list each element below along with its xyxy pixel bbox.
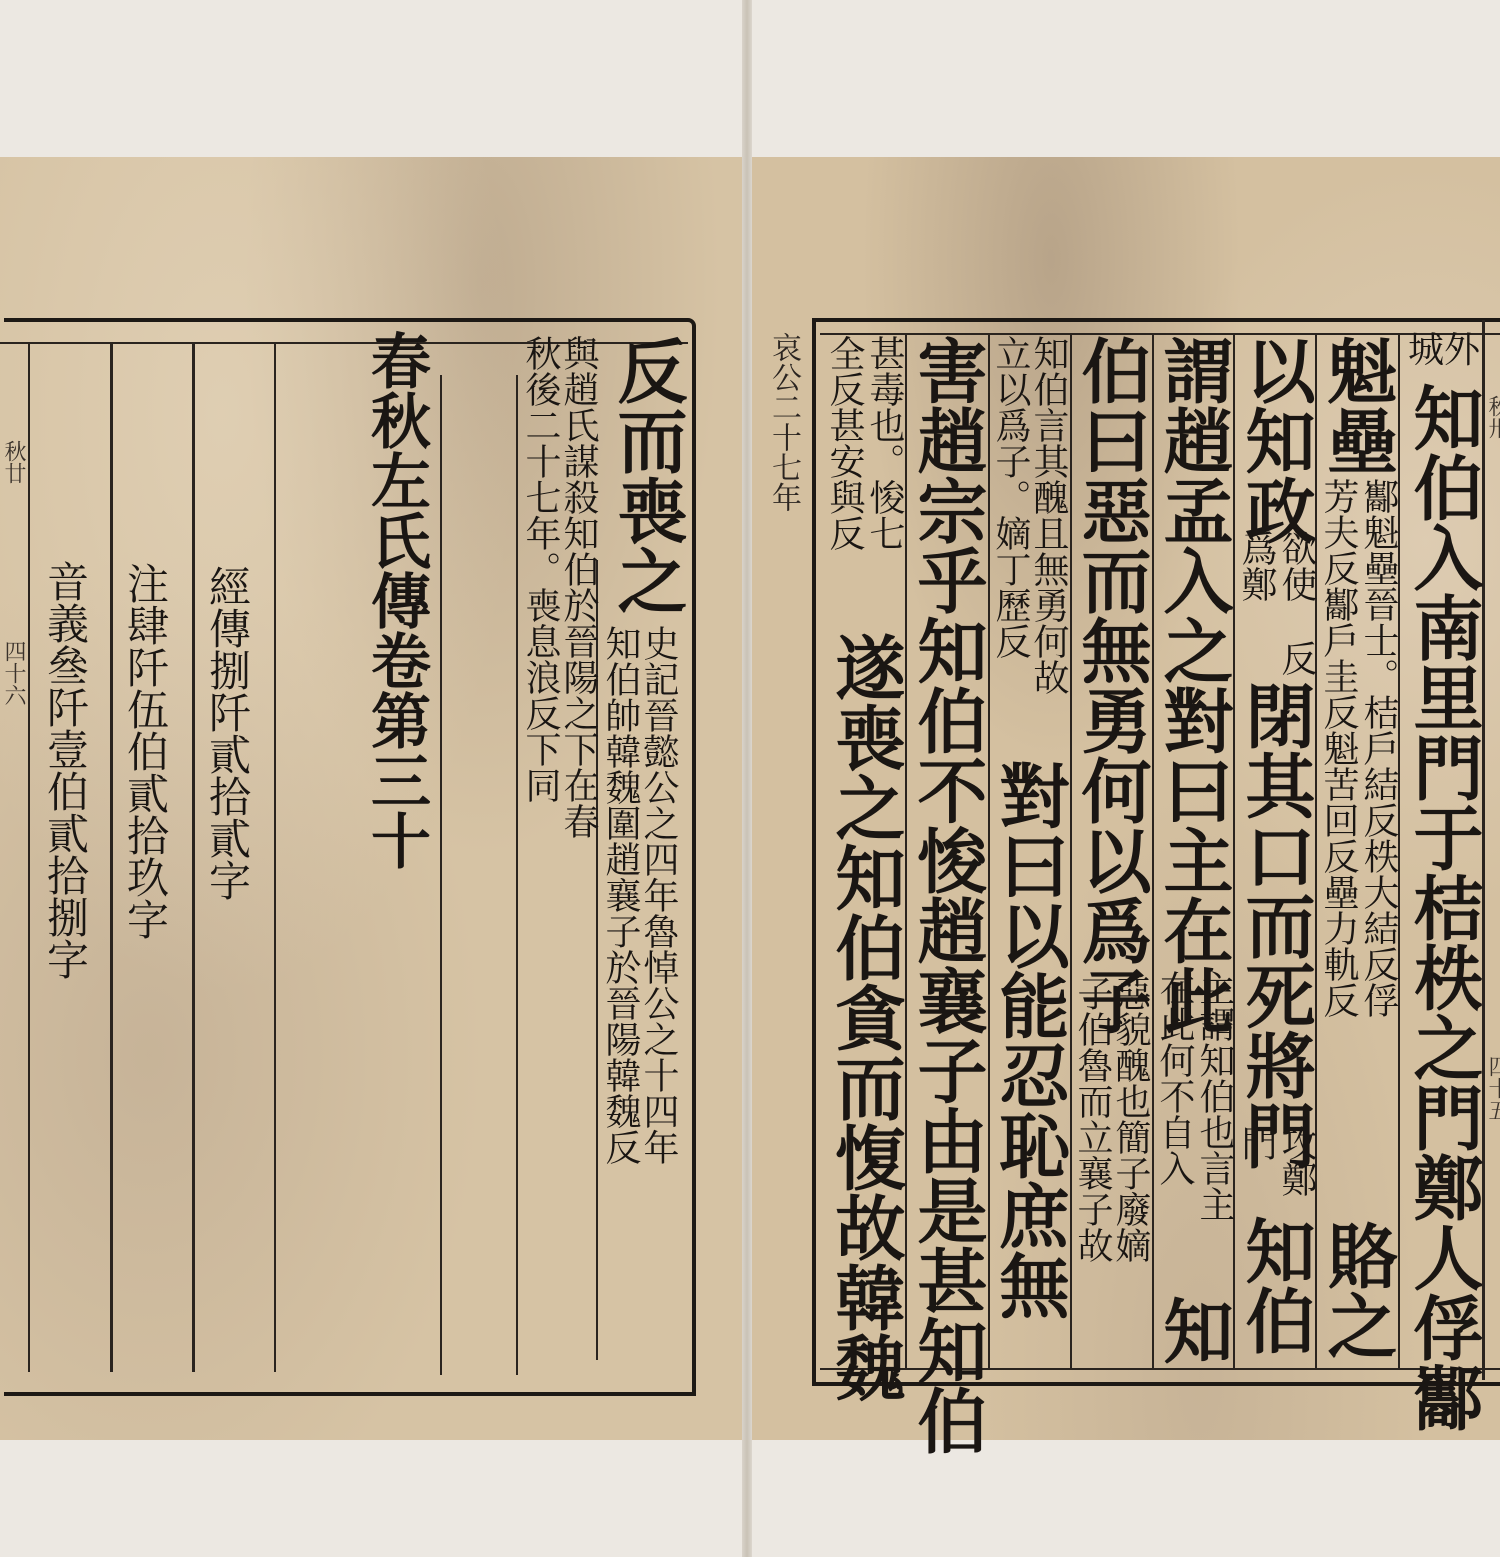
- divider: [440, 375, 442, 1375]
- main-text-column: 對曰以能忍恥庶無: [994, 760, 1064, 1320]
- character-count-pronunciation: 音義叄阡壹伯貳拾捌字: [44, 560, 86, 980]
- left-edge-label-bottom: 四十六: [2, 640, 24, 706]
- annotation-column: 全反甚安與反: [826, 335, 862, 551]
- annotation-column: 知伯言其醜且無勇何故: [1030, 335, 1066, 695]
- right-edge-label-top: 秋卅: [1486, 395, 1500, 439]
- annotation-column: 子伯魯而立襄子故: [1074, 975, 1110, 1263]
- annotation-column: 爲鄭: [1238, 530, 1274, 602]
- main-text-column: 魁壘: [1322, 335, 1392, 475]
- annotation-column: 主謂知伯也言主: [1196, 970, 1232, 1222]
- annotation-column: 攻鄭: [1278, 1125, 1314, 1197]
- character-count-commentary: 注肆阡伍伯貳拾玖字: [124, 562, 166, 940]
- main-text-column: 閉其口而死將門: [1240, 680, 1310, 1170]
- main-text-column: 害趙宗乎知伯不悛趙襄子由是甚知伯: [912, 335, 982, 1455]
- character-count-classic: 經傳捌阡貳拾貳字: [206, 565, 248, 901]
- annotation-column: 甚毒也。悛七: [866, 335, 902, 551]
- divider: [192, 342, 195, 1372]
- main-text-column: 以知政: [1240, 335, 1310, 545]
- annotation-column: 芳夫反酅戶圭反魁苦回反壘力軌反: [1320, 478, 1356, 1018]
- annotation-column: 與趙氏謀殺知伯於晉陽之下在春: [560, 335, 596, 839]
- margin-year-label: 哀公二十七年: [768, 332, 798, 512]
- divider: [28, 342, 30, 1372]
- annotation-column: 惡貌醜也簡子廢嫡: [1112, 975, 1148, 1263]
- left-edge-label-top: 秋廿: [2, 440, 24, 484]
- main-text-column: 知伯: [1240, 1215, 1310, 1355]
- annotation-column: 酅魁壘晉士。桔戶結反柣大結反俘: [1360, 478, 1396, 1018]
- book-gutter: [742, 0, 752, 1557]
- main-text-column: 知: [1158, 1295, 1228, 1365]
- annotation-column: 欲使: [1278, 530, 1314, 602]
- annotation-column: 在此何不自入: [1156, 970, 1192, 1186]
- annotation-top: 城外: [1408, 333, 1480, 369]
- annotation-column: 知伯帥韓魏圍趙襄子於晉陽韓魏反: [602, 625, 638, 1165]
- main-text-column: 知伯入南里門于桔柣之門鄭人俘酅: [1408, 382, 1478, 1432]
- main-text-column: 反而喪之: [612, 335, 682, 615]
- annotation-column: 門: [1238, 1125, 1274, 1161]
- divider: [110, 342, 113, 1372]
- annotation-column: 反: [1278, 640, 1314, 676]
- annotation-column: 立以爲子。嫡丁歷反: [992, 335, 1028, 659]
- annotation-column: 秋後二十七年。喪息浪反下同: [522, 335, 558, 803]
- main-text-column: 伯曰惡而無勇何以爲子: [1076, 335, 1146, 1035]
- main-text-column: 賂之: [1322, 1220, 1392, 1360]
- divider: [516, 375, 518, 1375]
- main-text-column: 謂趙孟入之對曰主在此: [1158, 335, 1228, 1035]
- annotation-column: 史記晉懿公之四年魯悼公之十四年: [640, 625, 676, 1165]
- divider: [274, 342, 276, 1372]
- right-edge-label-bottom: 四十五: [1486, 1055, 1500, 1121]
- main-text-column: 遂喪之知伯貪而愎故韓魏: [830, 632, 900, 1402]
- volume-title: 春秋左氏傳卷第三十: [366, 330, 426, 870]
